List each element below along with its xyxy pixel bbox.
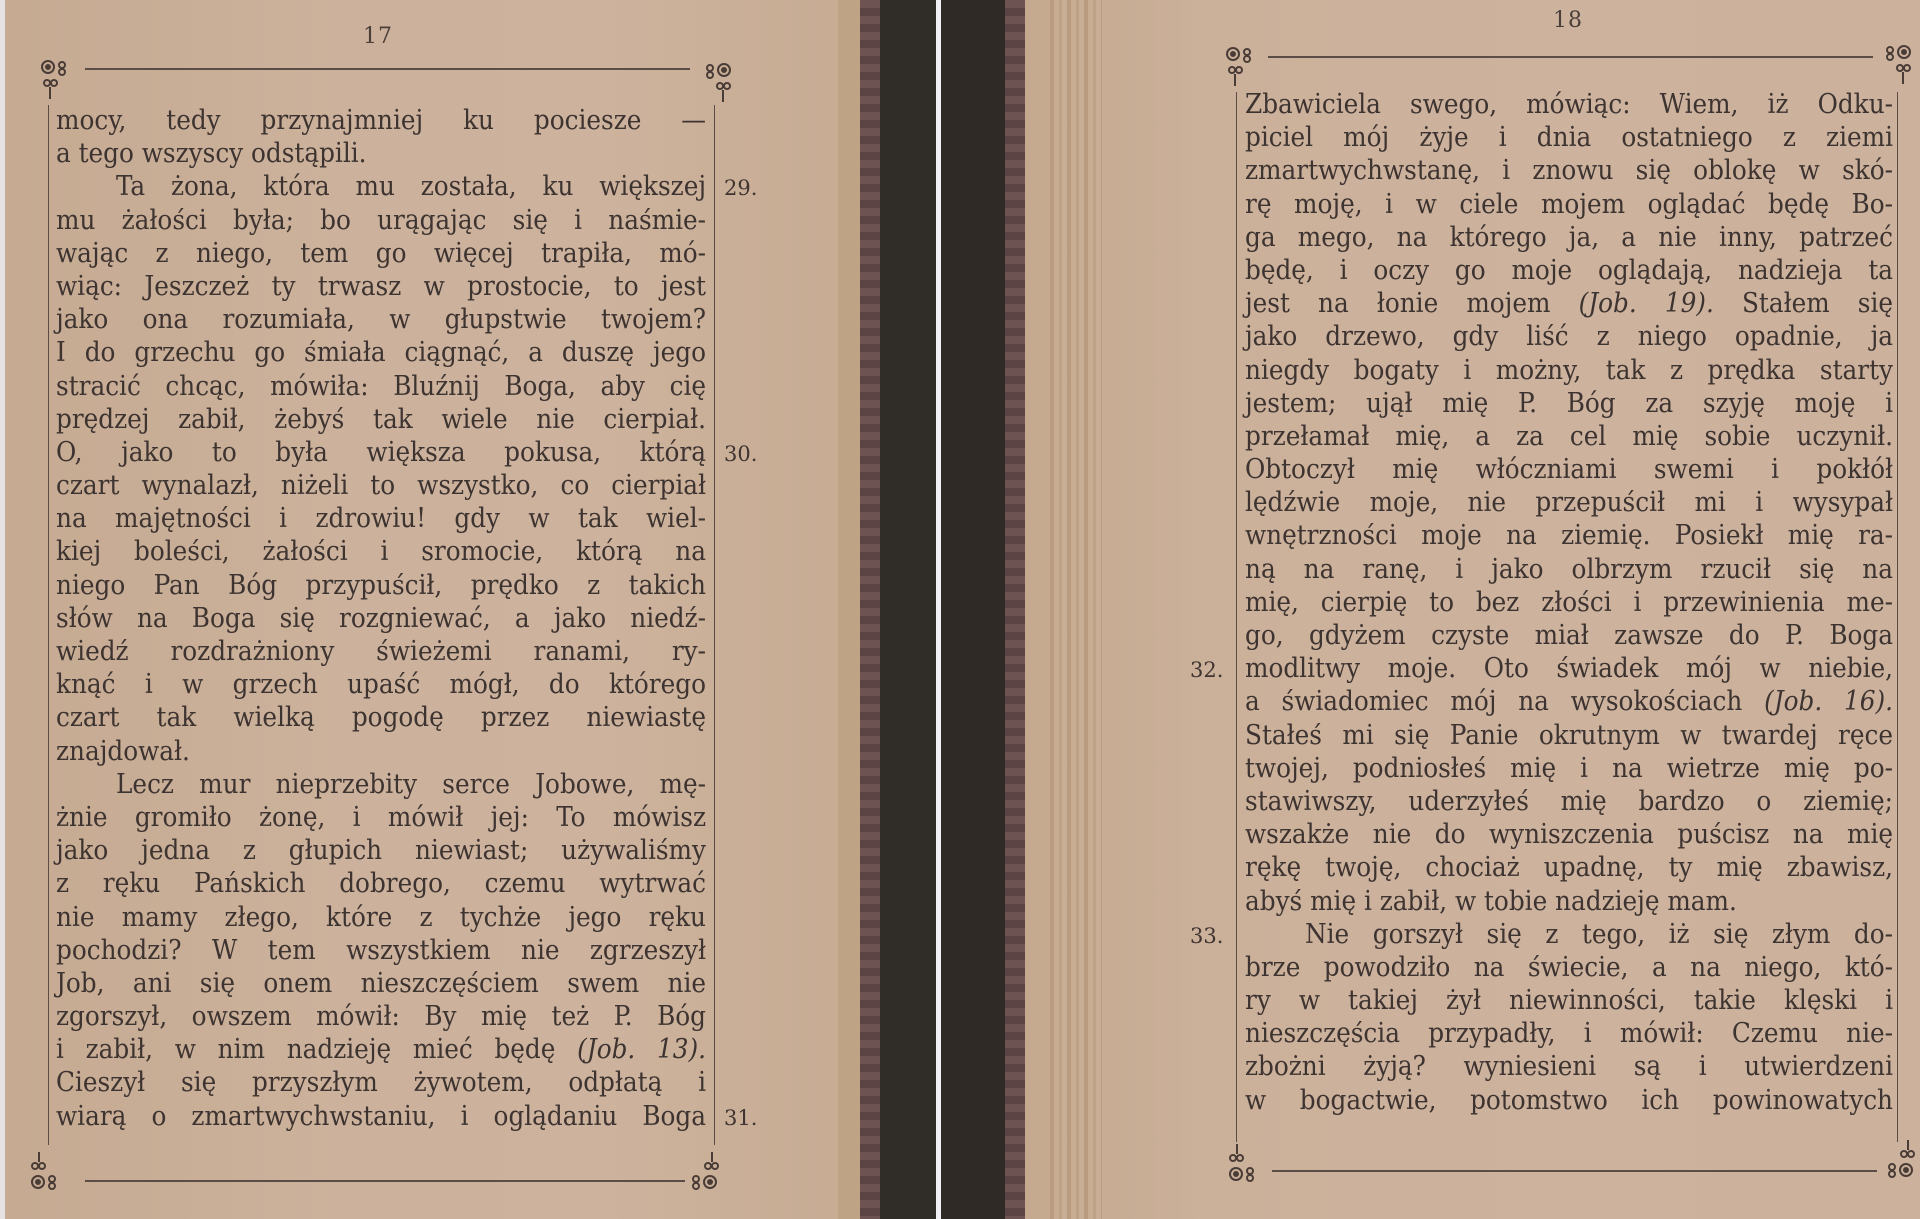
line-text: Job, ani się onem nieszczęściem swem nie — [56, 967, 706, 999]
left-page-body: mocy, tedy przynajmniej ku pociesze —a t… — [56, 104, 706, 1133]
corner-ornament-icon — [28, 1150, 74, 1196]
line-text: zmartwychwstanę, i znowu się oblokę w sk… — [1245, 154, 1893, 186]
corner-ornament-icon — [690, 58, 736, 104]
line-text: słów na Boga się rozgniewać, a jako nied… — [56, 602, 706, 634]
line-text: O, jako to była większa pokusa, którą — [56, 436, 706, 468]
text-line: słów na Boga się rozgniewać, a jako nied… — [56, 602, 706, 635]
line-text: rękę twoję, chociaż upadnę, ty mię zbawi… — [1245, 851, 1893, 883]
text-line: abyś mię i zabił, w tobie nadzieję mam. — [1245, 885, 1893, 918]
line-text: Stałem się — [1742, 287, 1893, 319]
text-line: stracić chcąc, mówiła: Bluźnij Boga, aby… — [56, 370, 706, 403]
line-text: Zbawiciela swego, mówiąc: Wiem, iż Odku- — [1245, 88, 1893, 120]
line-text: niego Pan Bóg przypuścił, prędko z takic… — [56, 569, 706, 601]
corner-ornament-icon — [1226, 1142, 1272, 1188]
text-line: nieszczęścia przypadły, i mówił: Czemu n… — [1245, 1017, 1893, 1050]
spine-right — [941, 0, 1005, 1219]
text-line: wiąc: Jeszczeż ty trwasz w prostocie, to… — [56, 270, 706, 303]
corner-ornament-icon — [1872, 1138, 1918, 1184]
citation: (Job. 19). — [1579, 287, 1714, 319]
verse-number: 32. — [1190, 658, 1223, 682]
line-text: mię, cierpię to bez złości i przewinieni… — [1245, 586, 1893, 618]
citation: (Job. 13). — [577, 1033, 706, 1065]
line-text: w bogactwie, potomstwo ich powinowatych — [1245, 1084, 1893, 1116]
line-text: jest na łonie mojem — [1245, 287, 1550, 319]
text-line: a tego wszyscy odstąpili. — [56, 137, 706, 170]
text-line: knąć i w grzech upaść mógł, do którego — [56, 668, 706, 701]
line-text: twojej, podniosłeś mię i na wietrze mię … — [1245, 752, 1893, 784]
text-line: I do grzechu go śmiała ciągnąć, a duszę … — [56, 336, 706, 369]
line-text: stawiwszy, uderzyłeś mię bardzo o ziemię… — [1245, 785, 1893, 817]
text-line: stawiwszy, uderzyłeś mię bardzo o ziemię… — [1245, 785, 1893, 818]
verse-number: 29. — [724, 176, 757, 200]
verse-number: 30. — [724, 442, 757, 466]
line-text: ry w takiej żył niewinności, takie klęsk… — [1245, 984, 1893, 1016]
text-line: Cieszył się przyszłym żywotem, odpłatą i — [56, 1066, 706, 1099]
citation: (Job. 16). — [1764, 685, 1893, 717]
text-line: Nie gorszył się z tego, iż się złym do- — [1245, 918, 1893, 951]
line-text: lędźwie moje, nie przepuścił mi i wysypa… — [1245, 486, 1893, 518]
text-line: lędźwie moje, nie przepuścił mi i wysypa… — [1245, 486, 1893, 519]
line-text: czart wynalazł, niżeli to wszystko, co c… — [56, 469, 706, 501]
text-line: jako drzewo, gdy liść z niego opadnie, j… — [1245, 320, 1893, 353]
line-text: i zabił, w nim nadzieję mieć będę — [56, 1033, 555, 1065]
text-line: ry w takiej żył niewinności, takie klęsk… — [1245, 984, 1893, 1017]
text-line: czart wynalazł, niżeli to wszystko, co c… — [56, 469, 706, 502]
corner-ornament-icon — [1223, 42, 1269, 88]
text-line: Stałeś mi się Panie okrutnym w twardej r… — [1245, 719, 1893, 752]
text-line: jako ona rozumiała, w głupstwie twojem? — [56, 303, 706, 336]
text-line: Lecz mur nieprzebity serce Jobowe, mę- — [56, 768, 706, 801]
text-line: O, jako to była większa pokusa, którą — [56, 436, 706, 469]
spine-left — [880, 0, 936, 1219]
line-text: mocy, tedy przynajmniej ku pociesze — — [56, 104, 706, 136]
verse-number: 31. — [724, 1106, 757, 1130]
line-text: wnętrzności moje na ziemię. Posiekł mię … — [1245, 519, 1893, 551]
line-text: abyś mię i zabił, w tobie nadzieję mam. — [1245, 885, 1737, 917]
line-text: jestem; ujął mię P. Bóg za szyję moję i — [1245, 387, 1893, 419]
line-text: prędzej zabił, żebyś tak wiele nie cierp… — [56, 403, 706, 435]
line-text: Lecz mur nieprzebity serce Jobowe, mę- — [116, 768, 706, 800]
text-line: ną na ranę, i jako olbrzym rzucił się na — [1245, 553, 1893, 586]
line-text: wiąc: Jeszczeż ty trwasz w prostocie, to… — [56, 270, 706, 302]
right-left-rule — [1236, 92, 1237, 1142]
text-line: znajdował. — [56, 735, 706, 768]
line-text: brze powodziło na świecie, a na niego, k… — [1245, 951, 1893, 983]
line-text: piciel mój żyje i dnia ostatniego z ziem… — [1245, 121, 1893, 153]
line-text: rę moję, i w ciele mojem oglądać będę Bo… — [1245, 188, 1893, 220]
text-line: wnętrzności moje na ziemię. Posiekł mię … — [1245, 519, 1893, 552]
text-line: wiedź rozdrażniony świeżemi ranami, ry- — [56, 635, 706, 668]
left-top-rule — [85, 68, 690, 70]
left-left-rule — [48, 105, 49, 1145]
text-line: Ta żona, która mu została, ku większej — [56, 170, 706, 203]
text-line: brze powodziło na świecie, a na niego, k… — [1245, 951, 1893, 984]
line-text: jako ona rozumiała, w głupstwie twojem? — [56, 303, 706, 335]
text-line: Job, ani się onem nieszczęściem swem nie — [56, 967, 706, 1000]
text-line: mu żałości była; bo urągając się i naśmi… — [56, 204, 706, 237]
line-text: jako jedna z głupich niewiast; używaliśm… — [56, 834, 706, 866]
text-line: wiarą o zmartwychwstaniu, i oglądaniu Bo… — [56, 1100, 706, 1133]
page-edge-lines — [1050, 0, 1102, 1219]
text-line: jako jedna z głupich niewiast; używaliśm… — [56, 834, 706, 867]
text-line: a świadomiec mój na wysokościach (Job. 1… — [1245, 685, 1893, 718]
corner-ornament-icon — [1870, 40, 1916, 86]
text-line: prędzej zabił, żebyś tak wiele nie cierp… — [56, 403, 706, 436]
line-text: czart tak wielką pogodę przez niewiastę — [56, 701, 706, 733]
verse-number: 33. — [1190, 924, 1223, 948]
line-text: knąć i w grzech upaść mógł, do którego — [56, 668, 706, 700]
text-line: nie mamy złego, które z tychże jego ręku — [56, 901, 706, 934]
text-line: niegdy bogaty i możny, tak z prędka star… — [1245, 354, 1893, 387]
right-binding-edge — [1005, 0, 1025, 1219]
line-text: jako drzewo, gdy liść z niego opadnie, j… — [1245, 320, 1893, 352]
right-top-rule — [1268, 56, 1873, 58]
line-text: wając z niego, tem go więcej trapiła, mó… — [56, 237, 706, 269]
line-text: mu żałości była; bo urągając się i naśmi… — [56, 204, 706, 236]
text-line: rękę twoję, chociaż upadnę, ty mię zbawi… — [1245, 851, 1893, 884]
corner-ornament-icon — [676, 1150, 722, 1196]
line-text: kiej boleści, żałości i sromocie, którą … — [56, 535, 706, 567]
line-text: ga mego, na którego ja, a nie inny, patr… — [1245, 221, 1893, 253]
text-line: pochodzi? W tem wszystkiem nie zgrzeszył — [56, 934, 706, 967]
text-line: wszakże nie do wyniszczenia puścisz na m… — [1245, 818, 1893, 851]
right-page-body: Zbawiciela swego, mówiąc: Wiem, iż Odku-… — [1245, 88, 1893, 1117]
line-text: Stałeś mi się Panie okrutnym w twardej r… — [1245, 719, 1893, 751]
text-line: na majętności i zdrowiu! gdy w tak wiel- — [56, 502, 706, 535]
text-line: wając z niego, tem go więcej trapiła, mó… — [56, 237, 706, 270]
line-text: Cieszył się przyszłym żywotem, odpłatą i — [56, 1066, 706, 1098]
text-line: kiej boleści, żałości i sromocie, którą … — [56, 535, 706, 568]
text-line: go, gdyżem czyste miał zawsze do P. Boga — [1245, 619, 1893, 652]
text-line: mię, cierpię to bez złości i przewinieni… — [1245, 586, 1893, 619]
line-text: stracić chcąc, mówiła: Bluźnij Boga, aby… — [56, 370, 706, 402]
line-text: go, gdyżem czyste miał zawsze do P. Boga — [1245, 619, 1893, 651]
line-text: nie mamy złego, które z tychże jego ręku — [56, 901, 706, 933]
text-line: zbożni żyją? wyniesieni są i utwierdzeni — [1245, 1050, 1893, 1083]
text-line: z ręku Pańskich dobrego, czemu wytrwać — [56, 867, 706, 900]
line-text: z ręku Pańskich dobrego, czemu wytrwać — [56, 867, 706, 899]
right-bottom-rule — [1272, 1170, 1877, 1172]
line-text: będę, i oczy go moje oglądają, nadzieja … — [1245, 254, 1893, 286]
line-text: nieszczęścia przypadły, i mówił: Czemu n… — [1245, 1017, 1893, 1049]
line-text: pochodzi? W tem wszystkiem nie zgrzeszył — [56, 934, 706, 966]
line-text: modlitwy moje. Oto świadek mój w niebie, — [1245, 652, 1893, 684]
text-line: modlitwy moje. Oto świadek mój w niebie, — [1245, 652, 1893, 685]
line-text: wszakże nie do wyniszczenia puścisz na m… — [1245, 818, 1893, 850]
line-text: Nie gorszył się z tego, iż się złym do- — [1305, 918, 1893, 950]
line-text: ną na ranę, i jako olbrzym rzucił się na — [1245, 553, 1893, 585]
text-line: czart tak wielką pogodę przez niewiastę — [56, 701, 706, 734]
right-right-rule — [1897, 92, 1898, 1142]
text-line: przełamał mię, a za cel mię sobie uczyni… — [1245, 420, 1893, 453]
line-text: zbożni żyją? wyniesieni są i utwierdzeni — [1245, 1050, 1893, 1082]
text-line: ga mego, na którego ja, a nie inny, patr… — [1245, 221, 1893, 254]
text-line: rę moję, i w ciele mojem oglądać będę Bo… — [1245, 188, 1893, 221]
left-page-number: 17 — [363, 24, 393, 49]
left-binding-edge — [860, 0, 880, 1219]
line-text: a tego wszyscy odstąpili. — [56, 137, 367, 169]
line-text: a świadomiec mój na wysokościach — [1245, 685, 1742, 717]
text-line: twojej, podniosłeś mię i na wietrze mię … — [1245, 752, 1893, 785]
line-text: Obtoczył mię włóczniami swemi i pokłół — [1245, 453, 1893, 485]
text-line: żnie gromiło żonę, i mówił jej: To mówis… — [56, 801, 706, 834]
line-text: wiarą o zmartwychwstaniu, i oglądaniu Bo… — [56, 1100, 706, 1132]
line-text: przełamał mię, a za cel mię sobie uczyni… — [1245, 420, 1893, 452]
text-line: zmartwychwstanę, i znowu się oblokę w sk… — [1245, 154, 1893, 187]
text-line: jestem; ujął mię P. Bóg za szyję moję i — [1245, 387, 1893, 420]
text-line: niego Pan Bóg przypuścił, prędko z takic… — [56, 569, 706, 602]
line-text: znajdował. — [56, 735, 190, 767]
line-text: zgorszył, owszem mówił: By mię też P. Bó… — [56, 1000, 706, 1032]
text-line: i zabił, w nim nadzieję mieć będę (Job. … — [56, 1033, 706, 1066]
right-page-number: 18 — [1553, 8, 1583, 33]
text-line: w bogactwie, potomstwo ich powinowatych — [1245, 1084, 1893, 1117]
line-text: na majętności i zdrowiu! gdy w tak wiel- — [56, 502, 706, 534]
line-text: I do grzechu go śmiała ciągnąć, a duszę … — [56, 336, 706, 368]
line-text: niegdy bogaty i możny, tak z prędka star… — [1245, 354, 1893, 386]
text-line: jest na łonie mojem (Job. 19). Stałem si… — [1245, 287, 1893, 320]
text-line: Zbawiciela swego, mówiąc: Wiem, iż Odku- — [1245, 88, 1893, 121]
text-line: Obtoczył mię włóczniami swemi i pokłół — [1245, 453, 1893, 486]
text-line: zgorszył, owszem mówił: By mię też P. Bó… — [56, 1000, 706, 1033]
line-text: żnie gromiło żonę, i mówił jej: To mówis… — [56, 801, 706, 833]
text-line: będę, i oczy go moje oglądają, nadzieja … — [1245, 254, 1893, 287]
line-text: wiedź rozdrażniony świeżemi ranami, ry- — [56, 635, 706, 667]
corner-ornament-icon — [38, 55, 84, 101]
left-right-rule — [714, 105, 715, 1145]
text-line: mocy, tedy przynajmniej ku pociesze — — [56, 104, 706, 137]
line-text: Ta żona, która mu została, ku większej — [116, 170, 706, 202]
text-line: piciel mój żyje i dnia ostatniego z ziem… — [1245, 121, 1893, 154]
left-bottom-rule — [85, 1180, 685, 1182]
